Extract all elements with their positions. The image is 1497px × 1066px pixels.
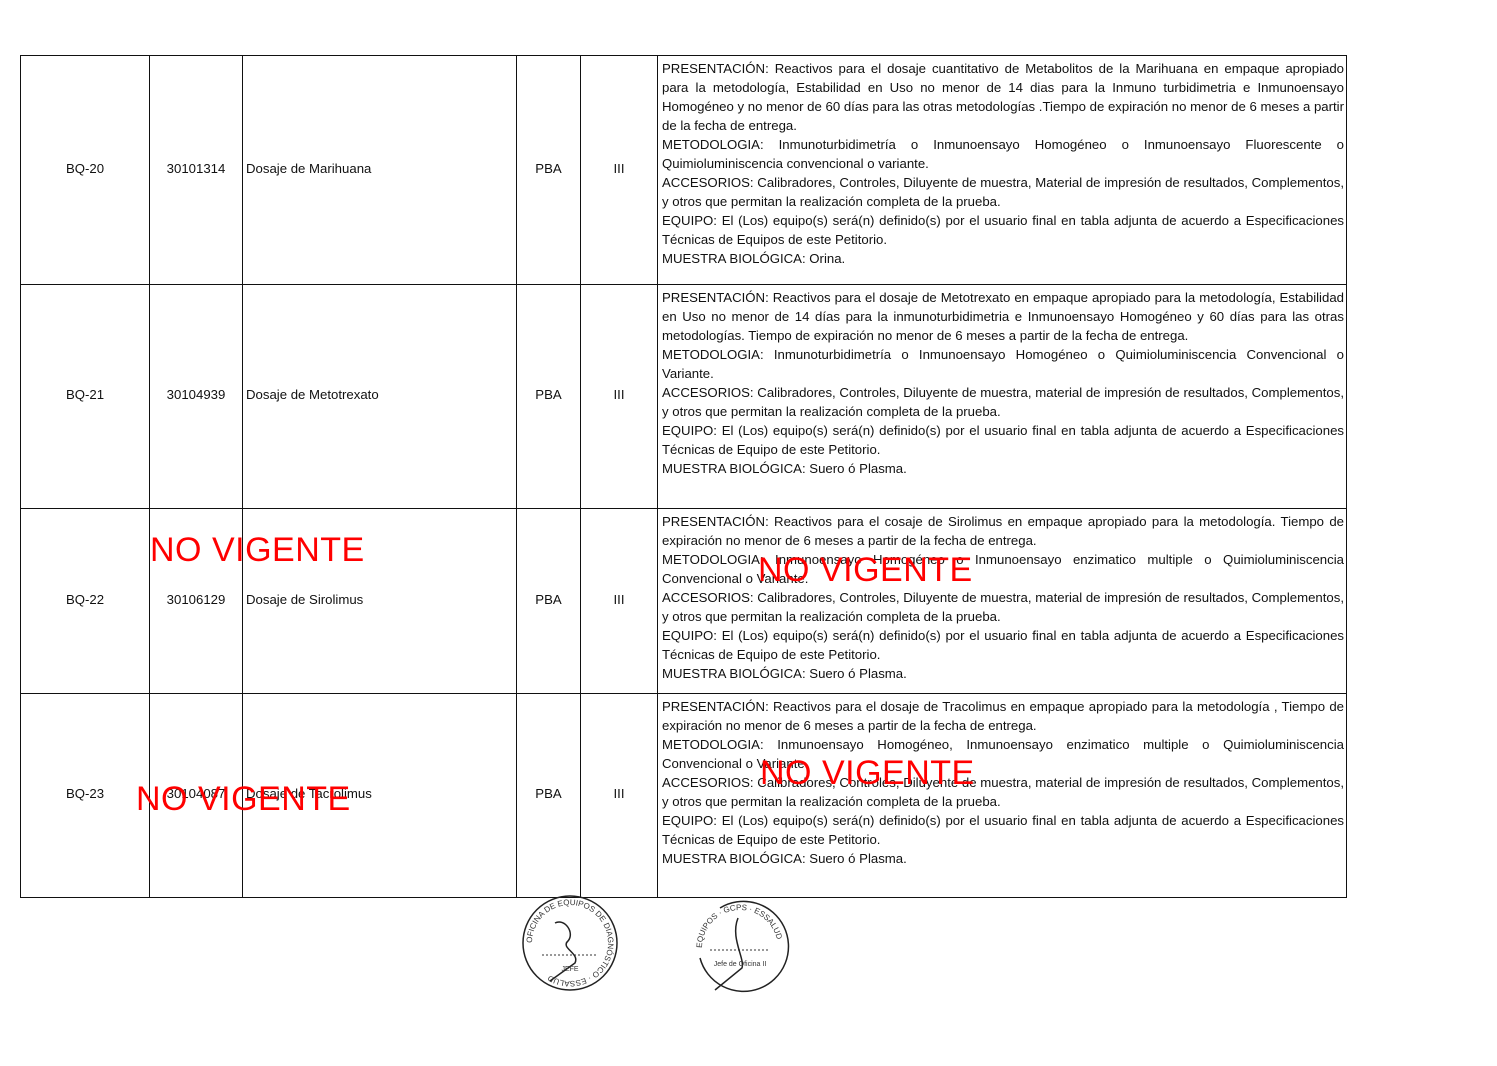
description-paragraph: METODOLOGIA: Inmunoturbidimetría o Inmun…	[662, 135, 1344, 173]
document-page: BQ-2030101314Dosaje de MarihuanaPBAIIIPR…	[0, 0, 1497, 1066]
description-paragraph: EQUIPO: El (Los) equipo(s) será(n) defin…	[662, 626, 1344, 664]
catalog-number-cell: 30101314	[150, 56, 243, 285]
item-name-cell: Dosaje de Marihuana	[243, 56, 517, 285]
description-paragraph: ACCESORIOS: Calibradores, Controles, Dil…	[662, 588, 1344, 626]
description-cell: PRESENTACIÓN: Reactivos para el dosaje c…	[658, 56, 1347, 285]
type-cell: PBA	[517, 56, 581, 285]
item-code-cell: BQ-22	[21, 509, 150, 694]
description-paragraph: PRESENTACIÓN: Reactivos para el dosaje d…	[662, 697, 1344, 735]
official-seal-icon: EQUIPOS · GCPS · ESSALUD Jefe de Oficina…	[690, 898, 790, 998]
level-cell: III	[581, 56, 658, 285]
description-paragraph: PRESENTACIÓN: Reactivos para el dosaje d…	[662, 288, 1344, 345]
no-vigente-stamp: NO VIGENTE	[758, 553, 973, 587]
description-cell: PRESENTACIÓN: Reactivos para el dosaje d…	[658, 285, 1347, 509]
description-paragraph: MUESTRA BIOLÓGICA: Orina.	[662, 249, 1344, 268]
description-paragraph: MUESTRA BIOLÓGICA: Suero ó Plasma.	[662, 664, 1344, 683]
level-cell: III	[581, 285, 658, 509]
item-code-cell: BQ-21	[21, 285, 150, 509]
description-paragraph: ACCESORIOS: Calibradores, Controles, Dil…	[662, 383, 1344, 421]
description-paragraph: PRESENTACIÓN: Reactivos para el dosaje c…	[662, 59, 1344, 135]
description-paragraph: MUESTRA BIOLÓGICA: Suero ó Plasma.	[662, 459, 1344, 478]
item-code-cell: BQ-20	[21, 56, 150, 285]
svg-text:OFICINA DE EQUIPOS DE DIAGNÓST: OFICINA DE EQUIPOS DE DIAGNÓSTICO · ESSA…	[525, 898, 615, 988]
description-cell: PRESENTACIÓN: Reactivos para el cosaje d…	[658, 509, 1347, 694]
level-cell: III	[581, 509, 658, 694]
no-vigente-stamp: NO VIGENTE	[136, 782, 351, 816]
description-paragraph: EQUIPO: El (Los) equipo(s) será(n) defin…	[662, 211, 1344, 249]
no-vigente-stamp: NO VIGENTE	[150, 533, 365, 567]
item-name-cell: Dosaje de Metotrexato	[243, 285, 517, 509]
type-cell: PBA	[517, 509, 581, 694]
description-paragraph: METODOLOGIA: Inmunoturbidimetría o Inmun…	[662, 345, 1344, 383]
specifications-table: BQ-2030101314Dosaje de MarihuanaPBAIIIPR…	[20, 55, 1347, 898]
catalog-number-cell: 30104939	[150, 285, 243, 509]
description-paragraph: ACCESORIOS: Calibradores, Controles, Dil…	[662, 173, 1344, 211]
table-row: BQ-2130104939Dosaje de MetotrexatoPBAIII…	[21, 285, 1347, 509]
description-cell: PRESENTACIÓN: Reactivos para el dosaje d…	[658, 694, 1347, 898]
description-paragraph: MUESTRA BIOLÓGICA: Suero ó Plasma.	[662, 849, 1344, 868]
no-vigente-stamp: NO VIGENTE	[760, 756, 975, 790]
svg-text:JEFE: JEFE	[561, 966, 578, 973]
description-paragraph: EQUIPO: El (Los) equipo(s) será(n) defin…	[662, 421, 1344, 459]
type-cell: PBA	[517, 694, 581, 898]
description-paragraph: EQUIPO: El (Los) equipo(s) será(n) defin…	[662, 811, 1344, 849]
svg-text:Jefe de Oficina II: Jefe de Oficina II	[714, 961, 767, 968]
table-row: BQ-2030101314Dosaje de MarihuanaPBAIIIPR…	[21, 56, 1347, 285]
description-paragraph: PRESENTACIÓN: Reactivos para el cosaje d…	[662, 512, 1344, 550]
level-cell: III	[581, 694, 658, 898]
type-cell: PBA	[517, 285, 581, 509]
official-seal-icon: OFICINA DE EQUIPOS DE DIAGNÓSTICO · ESSA…	[520, 893, 620, 993]
item-code-cell: BQ-23	[21, 694, 150, 898]
